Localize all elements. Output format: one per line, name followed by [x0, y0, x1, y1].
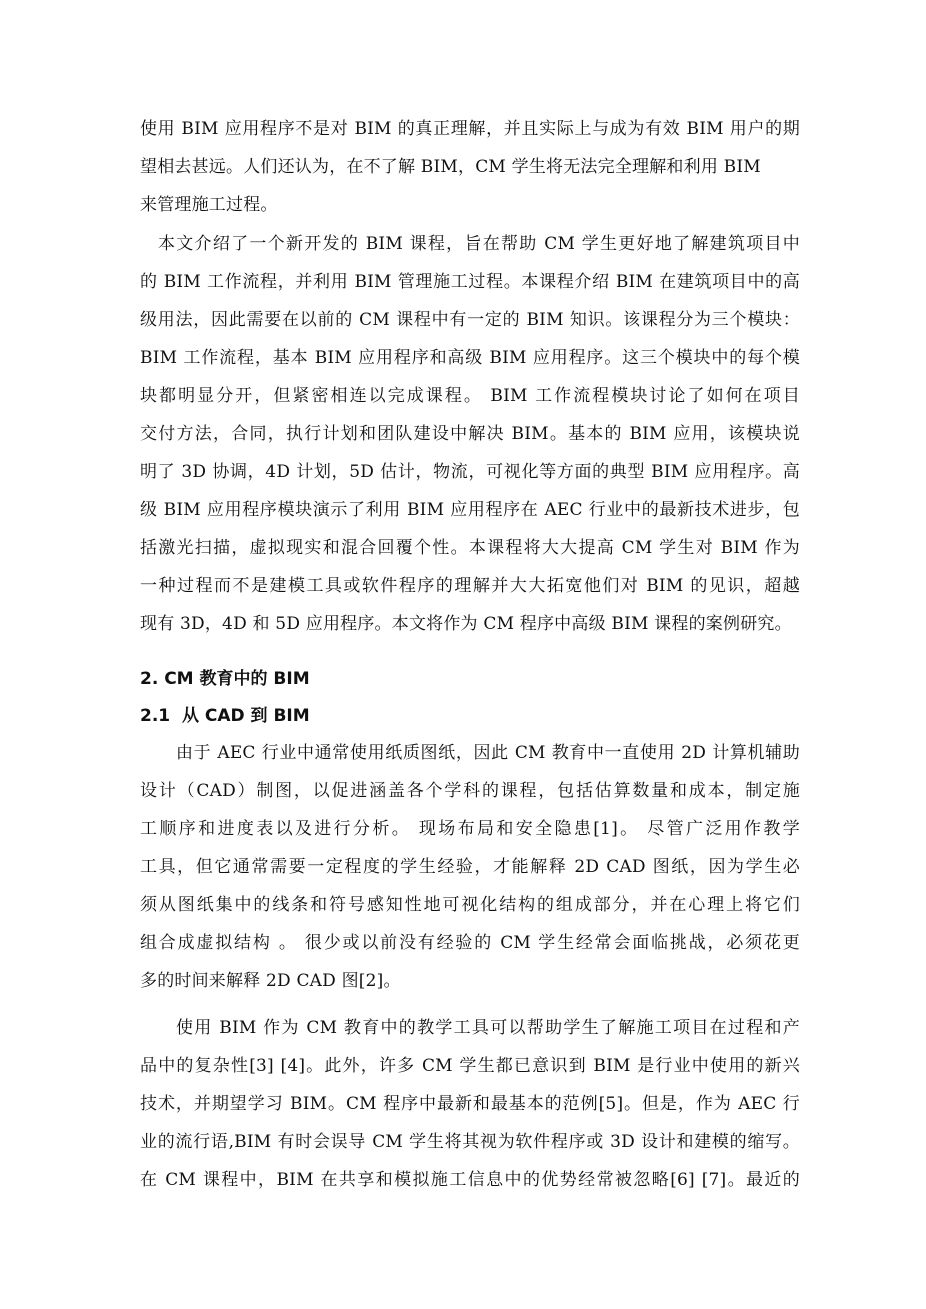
text-line: 多的时间来解释 2D CAD 图[2]。	[140, 969, 800, 993]
text-line: 由于 AEC 行业中通常使用纸质图纸，因此 CM 教育中一直使用 2D 计算机辅…	[176, 741, 800, 765]
text-line: 业的流行语,BIM 有时会误导 CM 学生将其视为软件程序或 3D 设计和建模的…	[140, 1130, 800, 1154]
text-line: 级用法，因此需要在以前的 CM 课程中有一定的 BIM 知识。该课程分为三个模块…	[140, 308, 800, 332]
text-line: 的 BIM 工作流程，并利用 BIM 管理施工过程。本课程介绍 BIM 在建筑项…	[140, 270, 800, 294]
text-line: 级 BIM 应用程序模块演示了利用 BIM 应用程序在 AEC 行业中的最新技术…	[140, 498, 800, 522]
text-line: BIM 工作流程，基本 BIM 应用程序和高级 BIM 应用程序。这三个模块中的…	[140, 346, 800, 370]
text-line: 组合成虚拟结构 。 很少或以前没有经验的 CM 学生经常会面临挑战，必须花更	[140, 931, 800, 955]
text-line: 明了 3D 协调，4D 计划，5D 估计，物流，可视化等方面的典型 BIM 应用…	[140, 460, 800, 484]
text-line: 块都明显分开，但紧密相连以完成课程。 BIM 工作流程模块讨论了如何在项目	[140, 384, 800, 408]
text-line: 须从图纸集中的线条和符号感知性地可视化结构的组成部分，并在心理上将它们	[140, 893, 800, 917]
text-line: 来管理施工过程。	[140, 193, 800, 217]
text-line: 一种过程而不是建模工具或软件程序的理解并大大拓宽他们对 BIM 的见识，超越	[140, 574, 800, 598]
text-line: 工顺序和进度表以及进行分析。 现场布局和安全隐患[1]。 尽管广泛用作教学	[140, 817, 800, 841]
text-line: 品中的复杂性[3] [4]。此外，许多 CM 学生都已意识到 BIM 是行业中使…	[140, 1054, 800, 1078]
text-line: 技术，并期望学习 BIM。CM 程序中最新和最基本的范例[5]。但是，作为 AE…	[140, 1092, 800, 1116]
text-line: 望相去甚远。人们还认为，在不了解 BIM，CM 学生将无法完全理解和利用 BIM	[140, 155, 800, 179]
text-line: 本文介绍了一个新开发的 BIM 课程，旨在帮助 CM 学生更好地了解建筑项目中	[158, 232, 800, 256]
section-heading: 2. CM 教育中的 BIM	[140, 667, 310, 691]
text-line: 交付方法，合同，执行计划和团队建设中解决 BIM。基本的 BIM 应用，该模块说	[140, 422, 800, 446]
text-line: 现有 3D，4D 和 5D 应用程序。本文将作为 CM 程序中高级 BIM 课程…	[140, 612, 800, 636]
text-line: 使用 BIM 应用程序不是对 BIM 的真正理解，并且实际上与成为有效 BIM …	[140, 117, 800, 141]
text-line: 设计（CAD）制图，以促进涵盖各个学科的课程，包括估算数量和成本，制定施	[140, 779, 800, 803]
text-line: 工具，但它通常需要一定程度的学生经验，才能解释 2D CAD 图纸，因为学生必	[140, 855, 800, 879]
document-page: 使用 BIM 应用程序不是对 BIM 的真正理解，并且实际上与成为有效 BIM …	[0, 0, 926, 1309]
subsection-heading: 2.1 从 CAD 到 BIM	[140, 704, 310, 728]
text-line: 在 CM 课程中，BIM 在共享和模拟施工信息中的优势经常被忽略[6] [7]。…	[140, 1168, 800, 1192]
text-line: 使用 BIM 作为 CM 教育中的教学工具可以帮助学生了解施工项目在过程和产	[176, 1016, 800, 1040]
text-line: 括激光扫描，虚拟现实和混合回覆个性。本课程将大大提高 CM 学生对 BIM 作为	[140, 536, 800, 560]
